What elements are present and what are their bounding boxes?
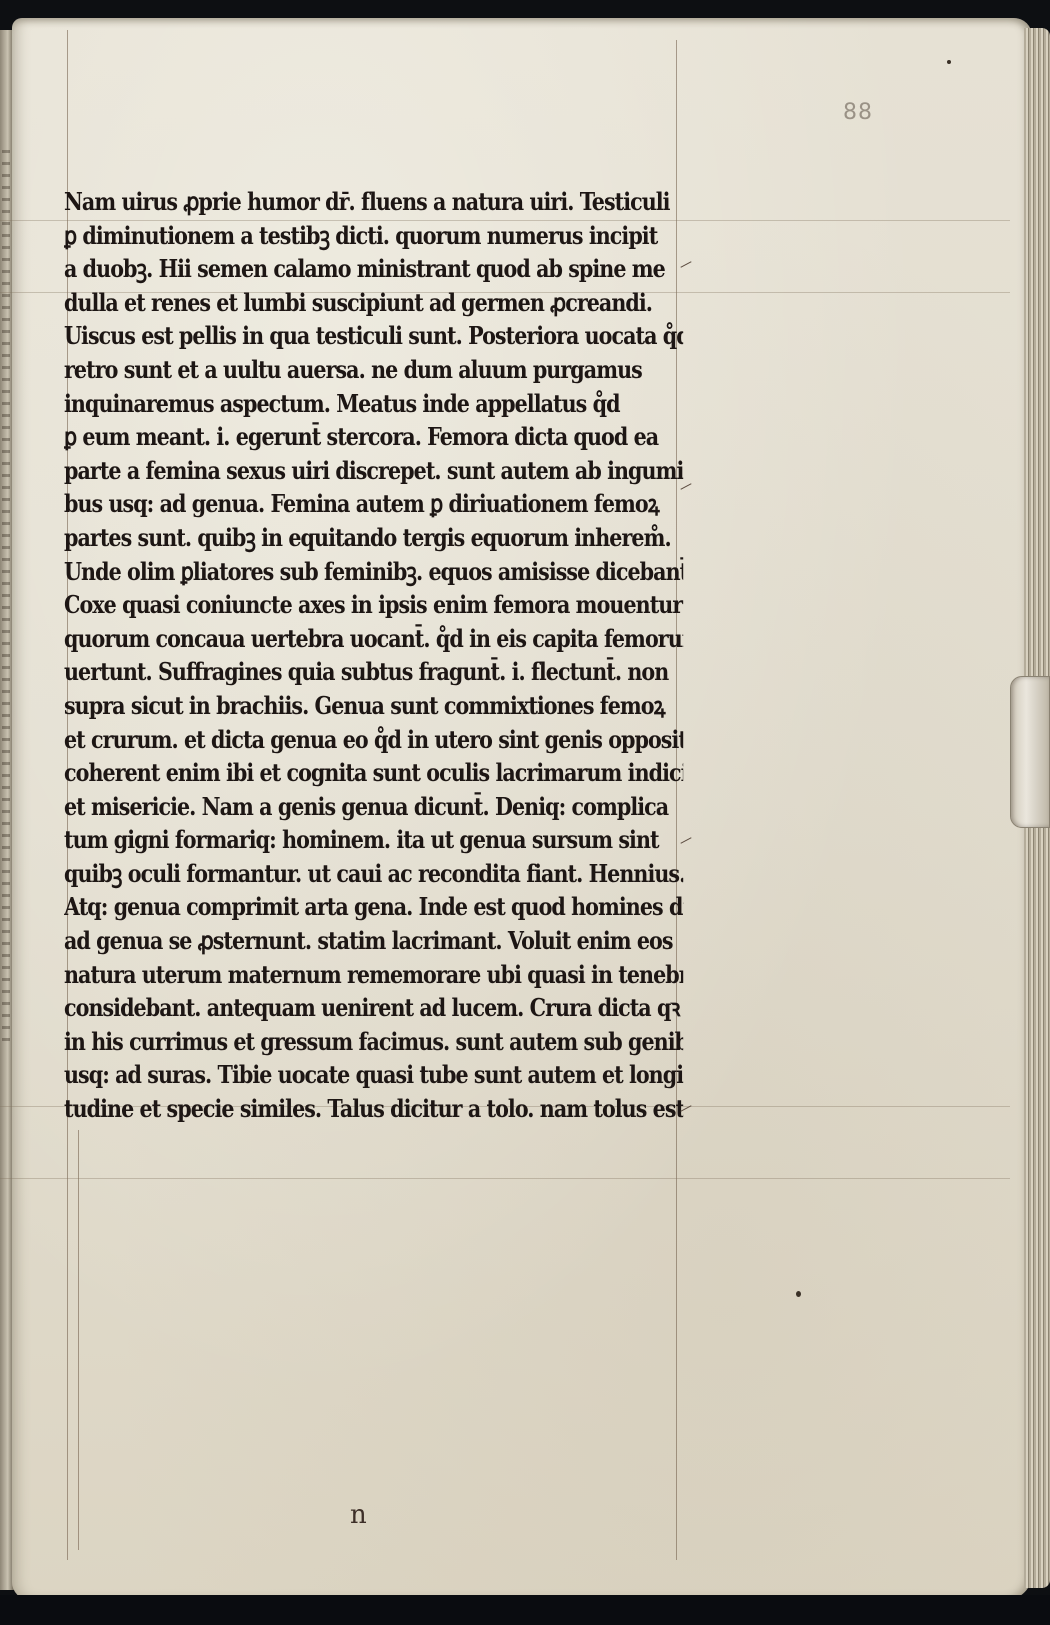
text-line: parte a femina sexus uiri discrepet. sun… [64,454,683,488]
text-line: inquinaremus aspectum. Meatus inde appel… [64,387,683,421]
quire-signature: n [350,1500,367,1530]
text-line: quibꝫ oculi formantur. ut caui ac recond… [64,857,683,891]
text-line: ad genua se ꝓsternunt. statim lacrimant.… [64,924,683,958]
text-line: natura uterum maternum rememorare ubi qu… [64,958,683,992]
text-line: partes sunt. quibꝫ in equitando tergis e… [64,521,683,555]
book-cover-shadow [0,1595,1050,1625]
text-line: Unde olim ꝑliatores sub feminibꝫ. equos … [64,555,683,589]
text-line: in his currimus et gressum facimus. sunt… [64,1025,683,1059]
parchment-speck [947,60,951,64]
text-line: et misericie. Nam a genis genua dicunt̄.… [64,790,683,824]
text-line: tudine et specie similes. Talus dicitur … [64,1092,683,1126]
ruling-line [0,1178,1010,1179]
text-line: dulla et renes et lumbi suscipiunt ad ge… [64,286,683,320]
ruling-left-inner [78,1130,79,1550]
page-tab-clasp [1010,676,1050,828]
text-line: bus usq: ad genua. Femina autem ꝑ diriua… [64,487,683,521]
parchment-speck [796,1291,801,1297]
folio-number: 88 [843,100,873,125]
facing-page-ink-bleed [2,150,10,1050]
text-line: Atq: genua comprimit arta gena. Inde est… [64,890,683,924]
text-line: ꝑ diminutionem a testibꝫ dicti. quorum n… [64,219,683,253]
text-line: Nam uirus ꝓprie humor dr̄. fluens a natu… [64,185,683,219]
text-line: Coxe quasi coniuncte axes in ipsis enim … [64,588,683,622]
text-line: et crurum. et dicta genua eo q̊d in uter… [64,723,683,757]
text-line: supra sicut in brachiis. Genua sunt comm… [64,689,683,723]
text-line: tum gigni formariq: hominem. ita ut genu… [64,823,683,857]
manuscript-text-column: Nam uirus ꝓprie humor dr̄. fluens a natu… [64,185,684,1126]
text-line: ꝑ eum meant. i. egerunt̄ stercora. Femor… [64,420,683,454]
text-line: considebant. antequam uenirent ad lucem.… [64,991,683,1025]
text-line: a duobꝫ. Hii semen calamo ministrant quo… [64,252,683,286]
text-line: coherent enim ibi et cognita sunt oculis… [64,756,683,790]
text-line: uertunt. Suffragines quia subtus fragunt… [64,655,683,689]
text-line: usq: ad suras. Tibie uocate quasi tube s… [64,1058,683,1092]
text-line: Uiscus est pellis in qua testiculi sunt.… [64,319,683,353]
text-line: retro sunt et a uultu auersa. ne dum alu… [64,353,683,387]
text-line: quorum concaua uertebra uocant̄. q̊d in … [64,622,683,656]
